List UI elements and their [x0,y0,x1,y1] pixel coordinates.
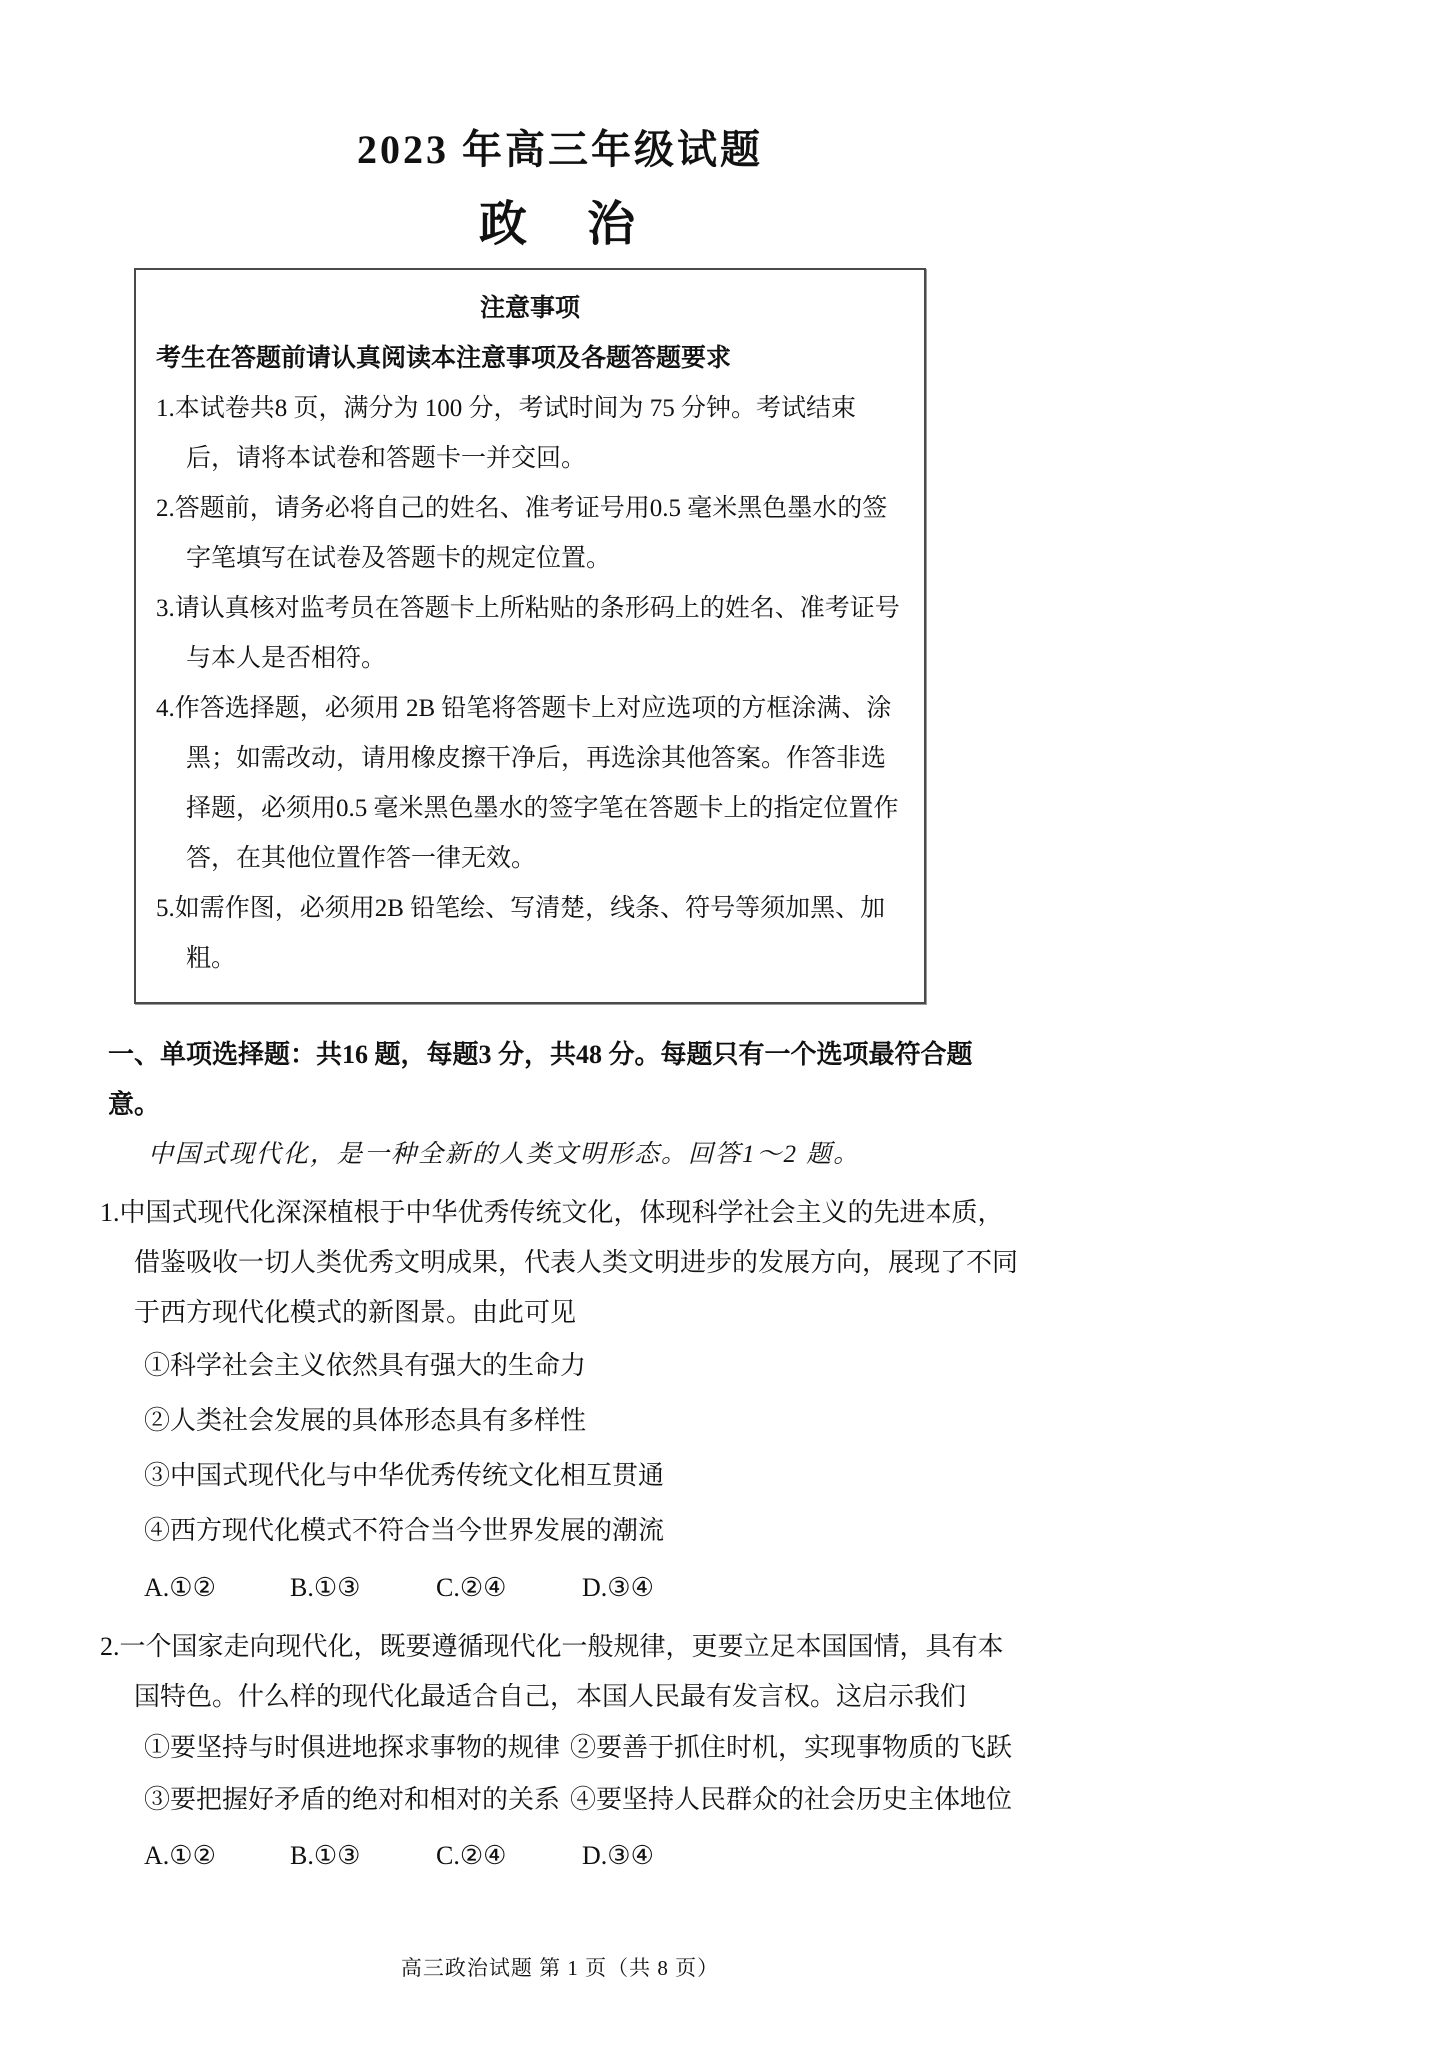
notice-item-4: 4.作答选择题，必须用 2B 铅笔将答题卡上对应选项的方框涂满、涂黑；如需改动，… [156,684,904,884]
question-1-statements: ①科学社会主义依然具有强大的生命力 ②人类社会发展的具体形态具有多样性 ③中国式… [144,1338,1020,1558]
page-footer: 高三政治试题 第 1 页（共 8 页） [100,1952,1020,1982]
subject-title: 政 治 [100,185,1020,254]
question-2-stem: 2.一个国家走向现代化，既要遵循现代化一般规律，更要立足本国国情，具有本国特色。… [100,1622,1020,1722]
statement-1: ①要坚持与时俱进地探求事物的规律 [144,1722,570,1774]
question-2: 2.一个国家走向现代化，既要遵循现代化一般规律，更要立足本国国情，具有本国特色。… [100,1622,1020,1882]
statement-2: ②要善于抓住时机，实现事物质的飞跃 [570,1722,1020,1774]
question-1-stem: 1.中国式现代化深深植根于中华优秀传统文化，体现科学社会主义的先进本质，借鉴吸收… [100,1188,1020,1338]
notice-header: 注意事项 [156,284,904,334]
question-1: 1.中国式现代化深深植根于中华优秀传统文化，体现科学社会主义的先进本质，借鉴吸收… [100,1188,1020,1614]
notice-intro: 考生在答题前请认真阅读本注意事项及各题答题要求 [156,334,904,384]
section-lead-in: 中国式现代化，是一种全新的人类文明形态。回答1～2 题。 [148,1130,1020,1180]
option-d: D.③④ [582,1562,728,1614]
notice-item-3: 3.请认真核对监考员在答题卡上所粘贴的条形码上的姓名、准考证号与本人是否相符。 [156,584,904,684]
exam-page: 2023 年高三年级试题 政 治 注意事项 考生在答题前请认真阅读本注意事项及各… [0,0,1450,2048]
statement-3: ③中国式现代化与中华优秀传统文化相互贯通 [144,1448,1020,1503]
statement-4: ④要坚持人民群众的社会历史主体地位 [570,1774,1020,1826]
option-c: C.②④ [436,1830,582,1882]
section-heading: 一、单项选择题：共16 题，每题3 分，共48 分。每题只有一个选项最符合题意。 [108,1030,1020,1130]
statement-2: ②人类社会发展的具体形态具有多样性 [144,1393,1020,1448]
option-a: A.①② [144,1830,290,1882]
question-1-options: A.①② B.①③ C.②④ D.③④ [144,1562,1020,1614]
statement-4: ④西方现代化模式不符合当今世界发展的潮流 [144,1503,1020,1558]
page-content: 2023 年高三年级试题 政 治 注意事项 考生在答题前请认真阅读本注意事项及各… [100,0,1020,1882]
option-b: B.①③ [290,1830,436,1882]
page-title: 2023 年高三年级试题 [100,118,1020,175]
notice-item-5: 5.如需作图，必须用2B 铅笔绘、写清楚，线条、符号等须加黑、加粗。 [156,884,904,984]
option-d: D.③④ [582,1830,728,1882]
statement-1: ①科学社会主义依然具有强大的生命力 [144,1338,1020,1393]
statement-3: ③要把握好矛盾的绝对和相对的关系 [144,1774,570,1826]
question-2-options: A.①② B.①③ C.②④ D.③④ [144,1830,1020,1882]
option-c: C.②④ [436,1562,582,1614]
notice-item-1: 1.本试卷共8 页，满分为 100 分，考试时间为 75 分钟。考试结束后，请将… [156,384,904,484]
option-a: A.①② [144,1562,290,1614]
notice-box: 注意事项 考生在答题前请认真阅读本注意事项及各题答题要求 1.本试卷共8 页，满… [134,268,926,1004]
notice-item-2: 2.答题前，请务必将自己的姓名、准考证号用0.5 毫米黑色墨水的签字笔填写在试卷… [156,484,904,584]
question-2-statements: ①要坚持与时俱进地探求事物的规律 ②要善于抓住时机，实现事物质的飞跃 ③要把握好… [144,1722,1020,1826]
option-b: B.①③ [290,1562,436,1614]
